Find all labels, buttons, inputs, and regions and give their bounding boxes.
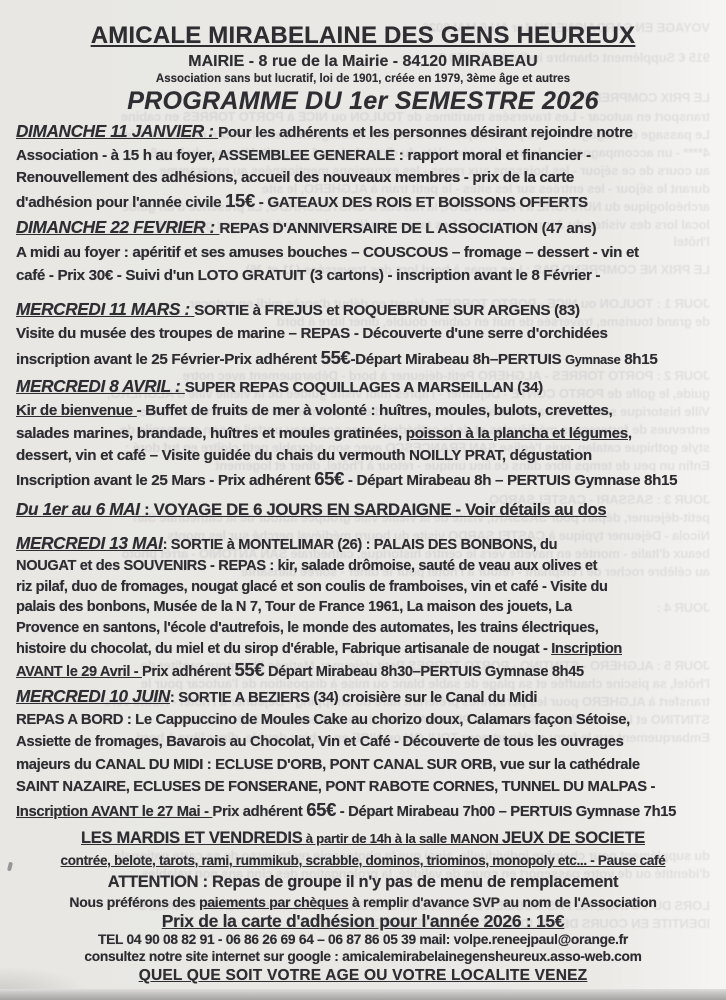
- footer-contact-line: TEL 04 90 08 82 91 - 06 86 26 69 64 – 06…: [16, 931, 710, 948]
- text-segment: contrée, belote, tarots, rami, rummikub,…: [61, 853, 666, 868]
- text-segment: à partir de 14h à la salle MANON: [302, 831, 501, 846]
- text-segment: dessert, vin et café – Visite guidée du …: [16, 447, 592, 464]
- text-segment: - Départ Mirabeau 8h – PERTUIS Gymnase 8…: [344, 472, 677, 489]
- page-title: AMICALE MIRABELAINE DES GENS HEUREUX: [16, 22, 710, 50]
- text-segment: 65€: [306, 799, 336, 820]
- text-segment: ATTENTION : Repas de groupe il n'y pas d…: [108, 873, 618, 891]
- text-segment: poisson à la plancha et légumes,: [406, 425, 632, 442]
- text-segment: JEUX DE SOCIETE: [502, 829, 645, 847]
- text-segment: Association - à 15 h au foyer, ASSEMBLEE…: [16, 147, 591, 164]
- text-segment: Renouvellement des adhésions, accueil de…: [16, 169, 574, 186]
- footer-club-days-line: LES MARDIS ET VENDREDIS à partir de 14h …: [16, 827, 710, 850]
- text-segment: Inscription AVANT le 27 Mai -: [16, 804, 212, 820]
- text-segment: SAINT NAZAIRE, ECLUSES DE FONSERANE, PON…: [16, 779, 655, 795]
- text-segment: Provence en santons, l'école d'autrefois…: [16, 620, 598, 636]
- text-segment: Prix adhérent: [142, 664, 234, 680]
- text-segment: d'adhésion pour l'année civile: [16, 194, 225, 211]
- text-segment: 15€: [225, 190, 255, 211]
- text-segment: 55€: [321, 347, 351, 368]
- flyer-content: AMICALE MIRABELAINE DES GENS HEUREUX MAI…: [0, 0, 726, 1000]
- text-segment: : SORTIE à MONTELIMAR (26) : PALAIS DES …: [163, 537, 558, 553]
- text-segment: Inscription avant le 25 Mars - Prix adhé…: [16, 472, 314, 489]
- text-segment: MERCREDI 11 MARS :: [16, 299, 194, 319]
- text-segment: MERCREDI 13 MAI: [16, 533, 163, 553]
- text-segment: salades marines, brandade, huîtres et mo…: [16, 425, 406, 442]
- text-segment: - GATEAUX DES ROIS ET BOISSONS OFFERTS: [255, 194, 588, 211]
- text-segment: A midi au foyer : apéritif et ses amuses…: [16, 244, 639, 261]
- event-sortie-beziers: MERCREDI 10 JUIN: SORTIE A BEZIERS (34) …: [16, 685, 710, 823]
- text-segment: Du 1er au 6 MAI: [16, 499, 144, 519]
- event-repas-coquillages: MERCREDI 8 AVRIL : SUPER REPAS COQUILLAG…: [16, 375, 710, 493]
- text-segment: café - Prix 30€ - Suivi d'un LOTO GRATUI…: [16, 267, 600, 284]
- text-segment: Kir de bienvenue: [16, 402, 137, 419]
- program-title: PROGRAMME DU 1er SEMESTRE 2026: [16, 87, 710, 116]
- text-segment: TEL 04 90 08 82 91 - 06 86 26 69 64 – 06…: [98, 932, 628, 947]
- footer-block: LES MARDIS ET VENDREDIS à partir de 14h …: [16, 827, 710, 1000]
- footer-payment-line: Nous préférons des paiements par chèques…: [16, 893, 710, 912]
- text-segment: REPAS A BORD : Le Cappuccino de Moules C…: [16, 712, 630, 728]
- text-segment: MERCREDI 8 AVRIL :: [16, 376, 185, 396]
- text-segment: : SORTIE A BEZIERS (34) croisière sur le…: [170, 690, 537, 706]
- event-sortie-montelimar: MERCREDI 13 MAI: SORTIE à MONTELIMAR (26…: [16, 533, 710, 683]
- text-segment: REPAS D'ANNIVERSAIRE DE L ASSOCIATION (4…: [219, 220, 596, 237]
- text-segment: : VOYAGE DE 6 JOURS EN SARDAIGNE - Voir …: [144, 500, 606, 519]
- text-segment: Visite du musée des troupes de marine – …: [16, 325, 608, 342]
- text-segment: majeurs du CANAL DU MIDI : ECLUSE D'ORB,…: [16, 757, 640, 773]
- text-segment: à remplir d'avance SVP au nom de l'Assoc…: [348, 894, 656, 910]
- text-segment: - Départ Mirabeau 7h00 – PERTUIS Gymnase…: [336, 804, 676, 820]
- text-segment: Départ Mirabeau 8h30–PERTUIS Gymnase 8h4…: [264, 664, 583, 680]
- text-segment: palais des bonbons, Musée de la N 7, Tou…: [16, 599, 572, 615]
- text-segment: Nous préférons des: [69, 894, 199, 910]
- text-segment: DIMANCHE 22 FEVRIER :: [16, 217, 219, 237]
- text-segment: Prix de la carte d'adhésion pour l'année…: [162, 911, 565, 931]
- text-segment: inscription avant le 25 Février-Prix adh…: [16, 351, 321, 368]
- text-segment: SUPER REPAS COQUILLAGES A MARSEILLAN (34…: [185, 379, 543, 396]
- scan-bottom-edge: [0, 989, 726, 1000]
- text-segment: consultez notre site internet sur google…: [84, 949, 641, 964]
- event-sortie-frejus: MERCREDI 11 MARS : SORTIE à FREJUS et RO…: [16, 298, 710, 372]
- text-segment: riz pilaf, duo de fromages, nougat glacé…: [16, 579, 608, 595]
- text-segment: LES MARDIS ET VENDREDIS: [81, 829, 302, 847]
- text-segment: DIMANCHE 11 JANVIER :: [16, 121, 218, 141]
- text-segment: SORTIE à FREJUS et ROQUEBRUNE SUR ARGENS…: [194, 302, 579, 319]
- text-segment: Gymnase: [565, 352, 620, 367]
- text-segment: 65€: [314, 468, 344, 489]
- text-segment: Prix adhérent: [212, 804, 306, 820]
- text-segment: AVANT le 29 Avril -: [16, 664, 142, 680]
- event-assemblee-generale: DIMANCHE 11 JANVIER : Pour les adhérents…: [16, 120, 710, 214]
- footer-games-list-line: contrée, belote, tarots, rami, rummikub,…: [16, 850, 710, 871]
- event-repas-anniversaire: DIMANCHE 22 FEVRIER : REPAS D'ANNIVERSAI…: [16, 216, 710, 288]
- address-line: MAIRIE - 8 rue de la Mairie - 84120 MIRA…: [16, 53, 710, 71]
- scanned-flyer-page: VOYAGE EN SARDAIGNE DU 1er AU 6 MAI 2026…: [0, 0, 726, 1000]
- text-segment: NOUGAT et des SOUVENIRS - REPAS : kir, s…: [16, 558, 597, 574]
- footer-welcome-line-1: QUEL QUE SOIT VOTRE AGE OU VOTRE LOCALIT…: [16, 965, 710, 986]
- text-segment: -Départ Mirabeau 8h–PERTUIS: [350, 351, 565, 368]
- footer-membership-price-line: Prix de la carte d'adhésion pour l'année…: [16, 912, 710, 931]
- text-segment: Pour les adhérents et les personnes dési…: [218, 124, 633, 141]
- association-line: Association sans but lucratif, loi de 19…: [16, 73, 710, 85]
- text-segment: Assiette de fromages, Bavarois au Chocol…: [16, 734, 624, 750]
- text-segment: 8h15: [620, 351, 657, 368]
- text-segment: histoire du chocolat, du miel et du siro…: [16, 641, 551, 657]
- footer-website-line: consultez notre site internet sur google…: [16, 948, 710, 965]
- text-segment: Inscription: [551, 641, 622, 657]
- text-segment: paiements par chèques: [199, 894, 348, 910]
- event-voyage-sardaigne: Du 1er au 6 MAI : VOYAGE DE 6 JOURS EN S…: [16, 497, 710, 523]
- text-segment: 55€: [234, 659, 264, 680]
- footer-attention-line: ATTENTION : Repas de groupe il n'y pas d…: [16, 871, 710, 893]
- text-segment: QUEL QUE SOIT VOTRE AGE OU VOTRE LOCALIT…: [139, 967, 588, 984]
- text-segment: - Buffet de fruits de mer à volonté : hu…: [137, 402, 613, 419]
- text-segment: MERCREDI 10 JUIN: [16, 686, 170, 706]
